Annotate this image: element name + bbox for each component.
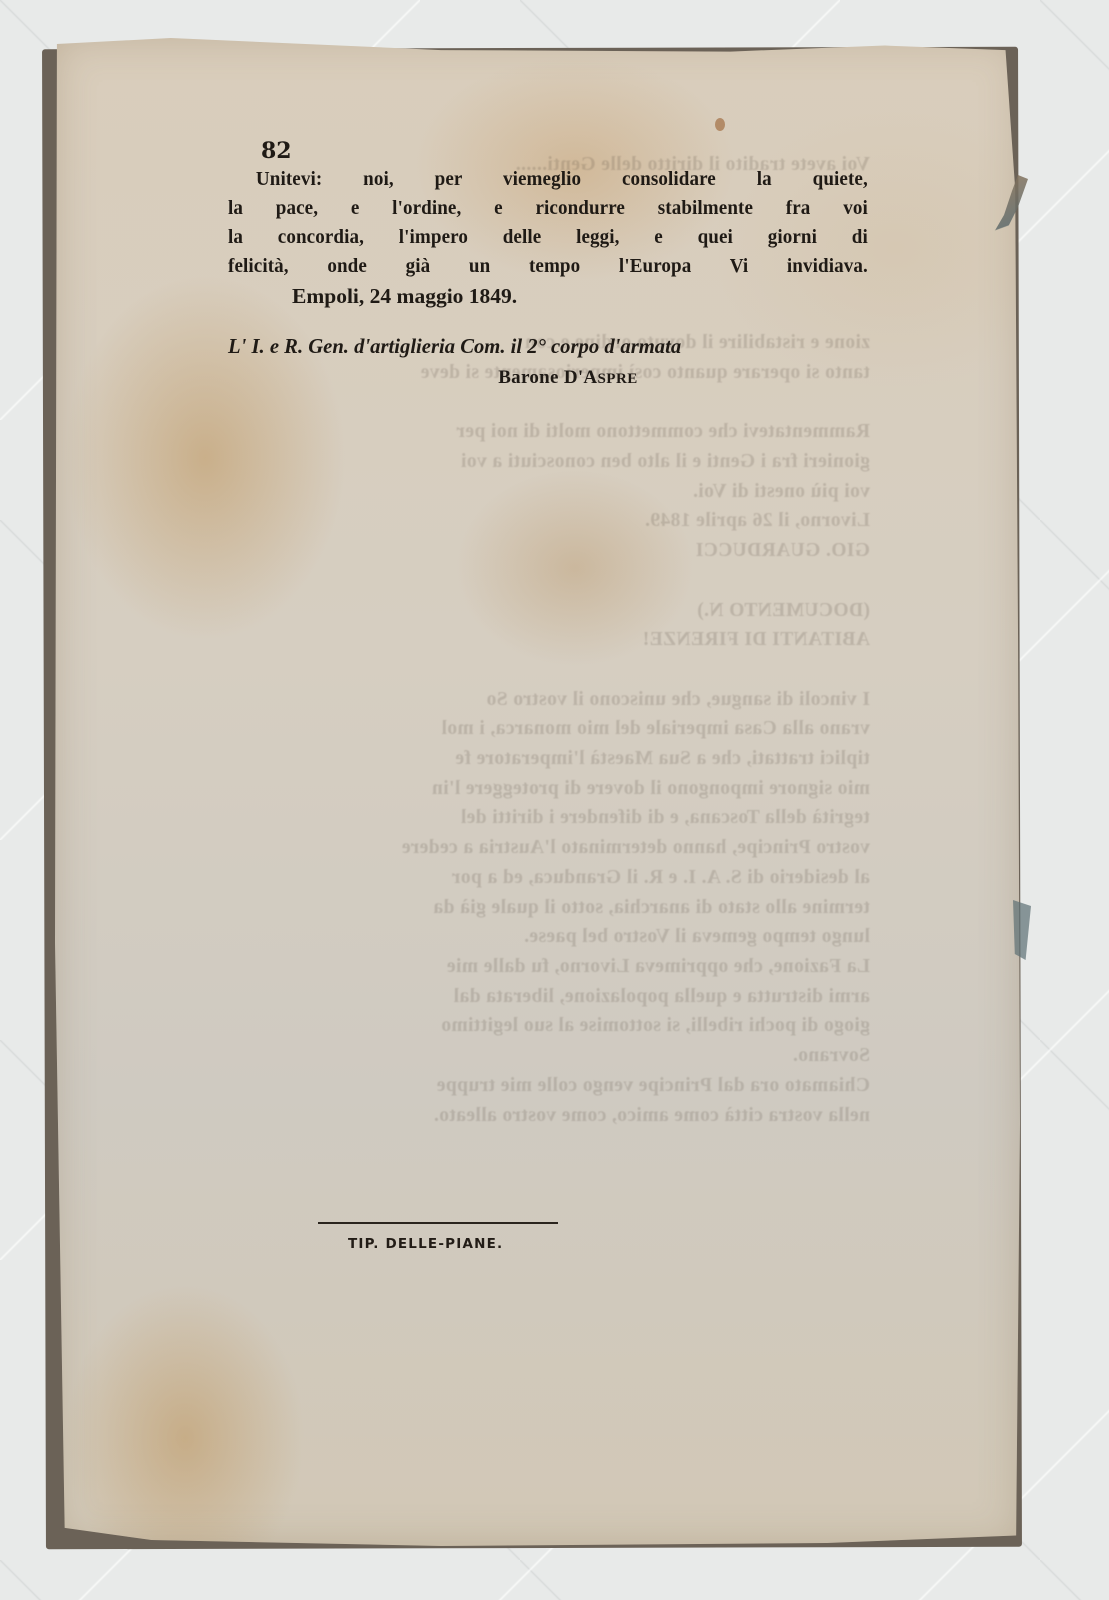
signature-name-part: Barone D'A xyxy=(498,367,597,388)
paragraph-line: la pace, e l'ordine, e ricondurre stabil… xyxy=(228,194,868,223)
body-paragraph: Unitevi: noi, per viemeglio consolidare … xyxy=(228,165,868,281)
paragraph-line: felicità, onde già un tempo l'Europa Vi … xyxy=(228,252,868,281)
foxing-stain xyxy=(715,118,725,131)
page-content: 82 Unitevi: noi, per viemeglio consolida… xyxy=(228,137,868,389)
paragraph-line: la concordia, l'impero delle leggi, e qu… xyxy=(228,223,868,252)
signature-name: Barone D'ASPRE xyxy=(268,367,868,389)
printer-mark: TIP. DELLE-PIANE. xyxy=(348,1236,503,1252)
footer-rule xyxy=(318,1222,558,1224)
page-number: 82 xyxy=(261,137,868,165)
dateline: Empoli, 24 maggio 1849. xyxy=(292,281,868,311)
signature-name-smallcaps: SPRE xyxy=(597,371,637,387)
paragraph-line: Unitevi: noi, per viemeglio consolidare … xyxy=(228,165,868,194)
signature-title: L' I. e R. Gen. d'artiglieria Com. il 2°… xyxy=(228,331,842,361)
